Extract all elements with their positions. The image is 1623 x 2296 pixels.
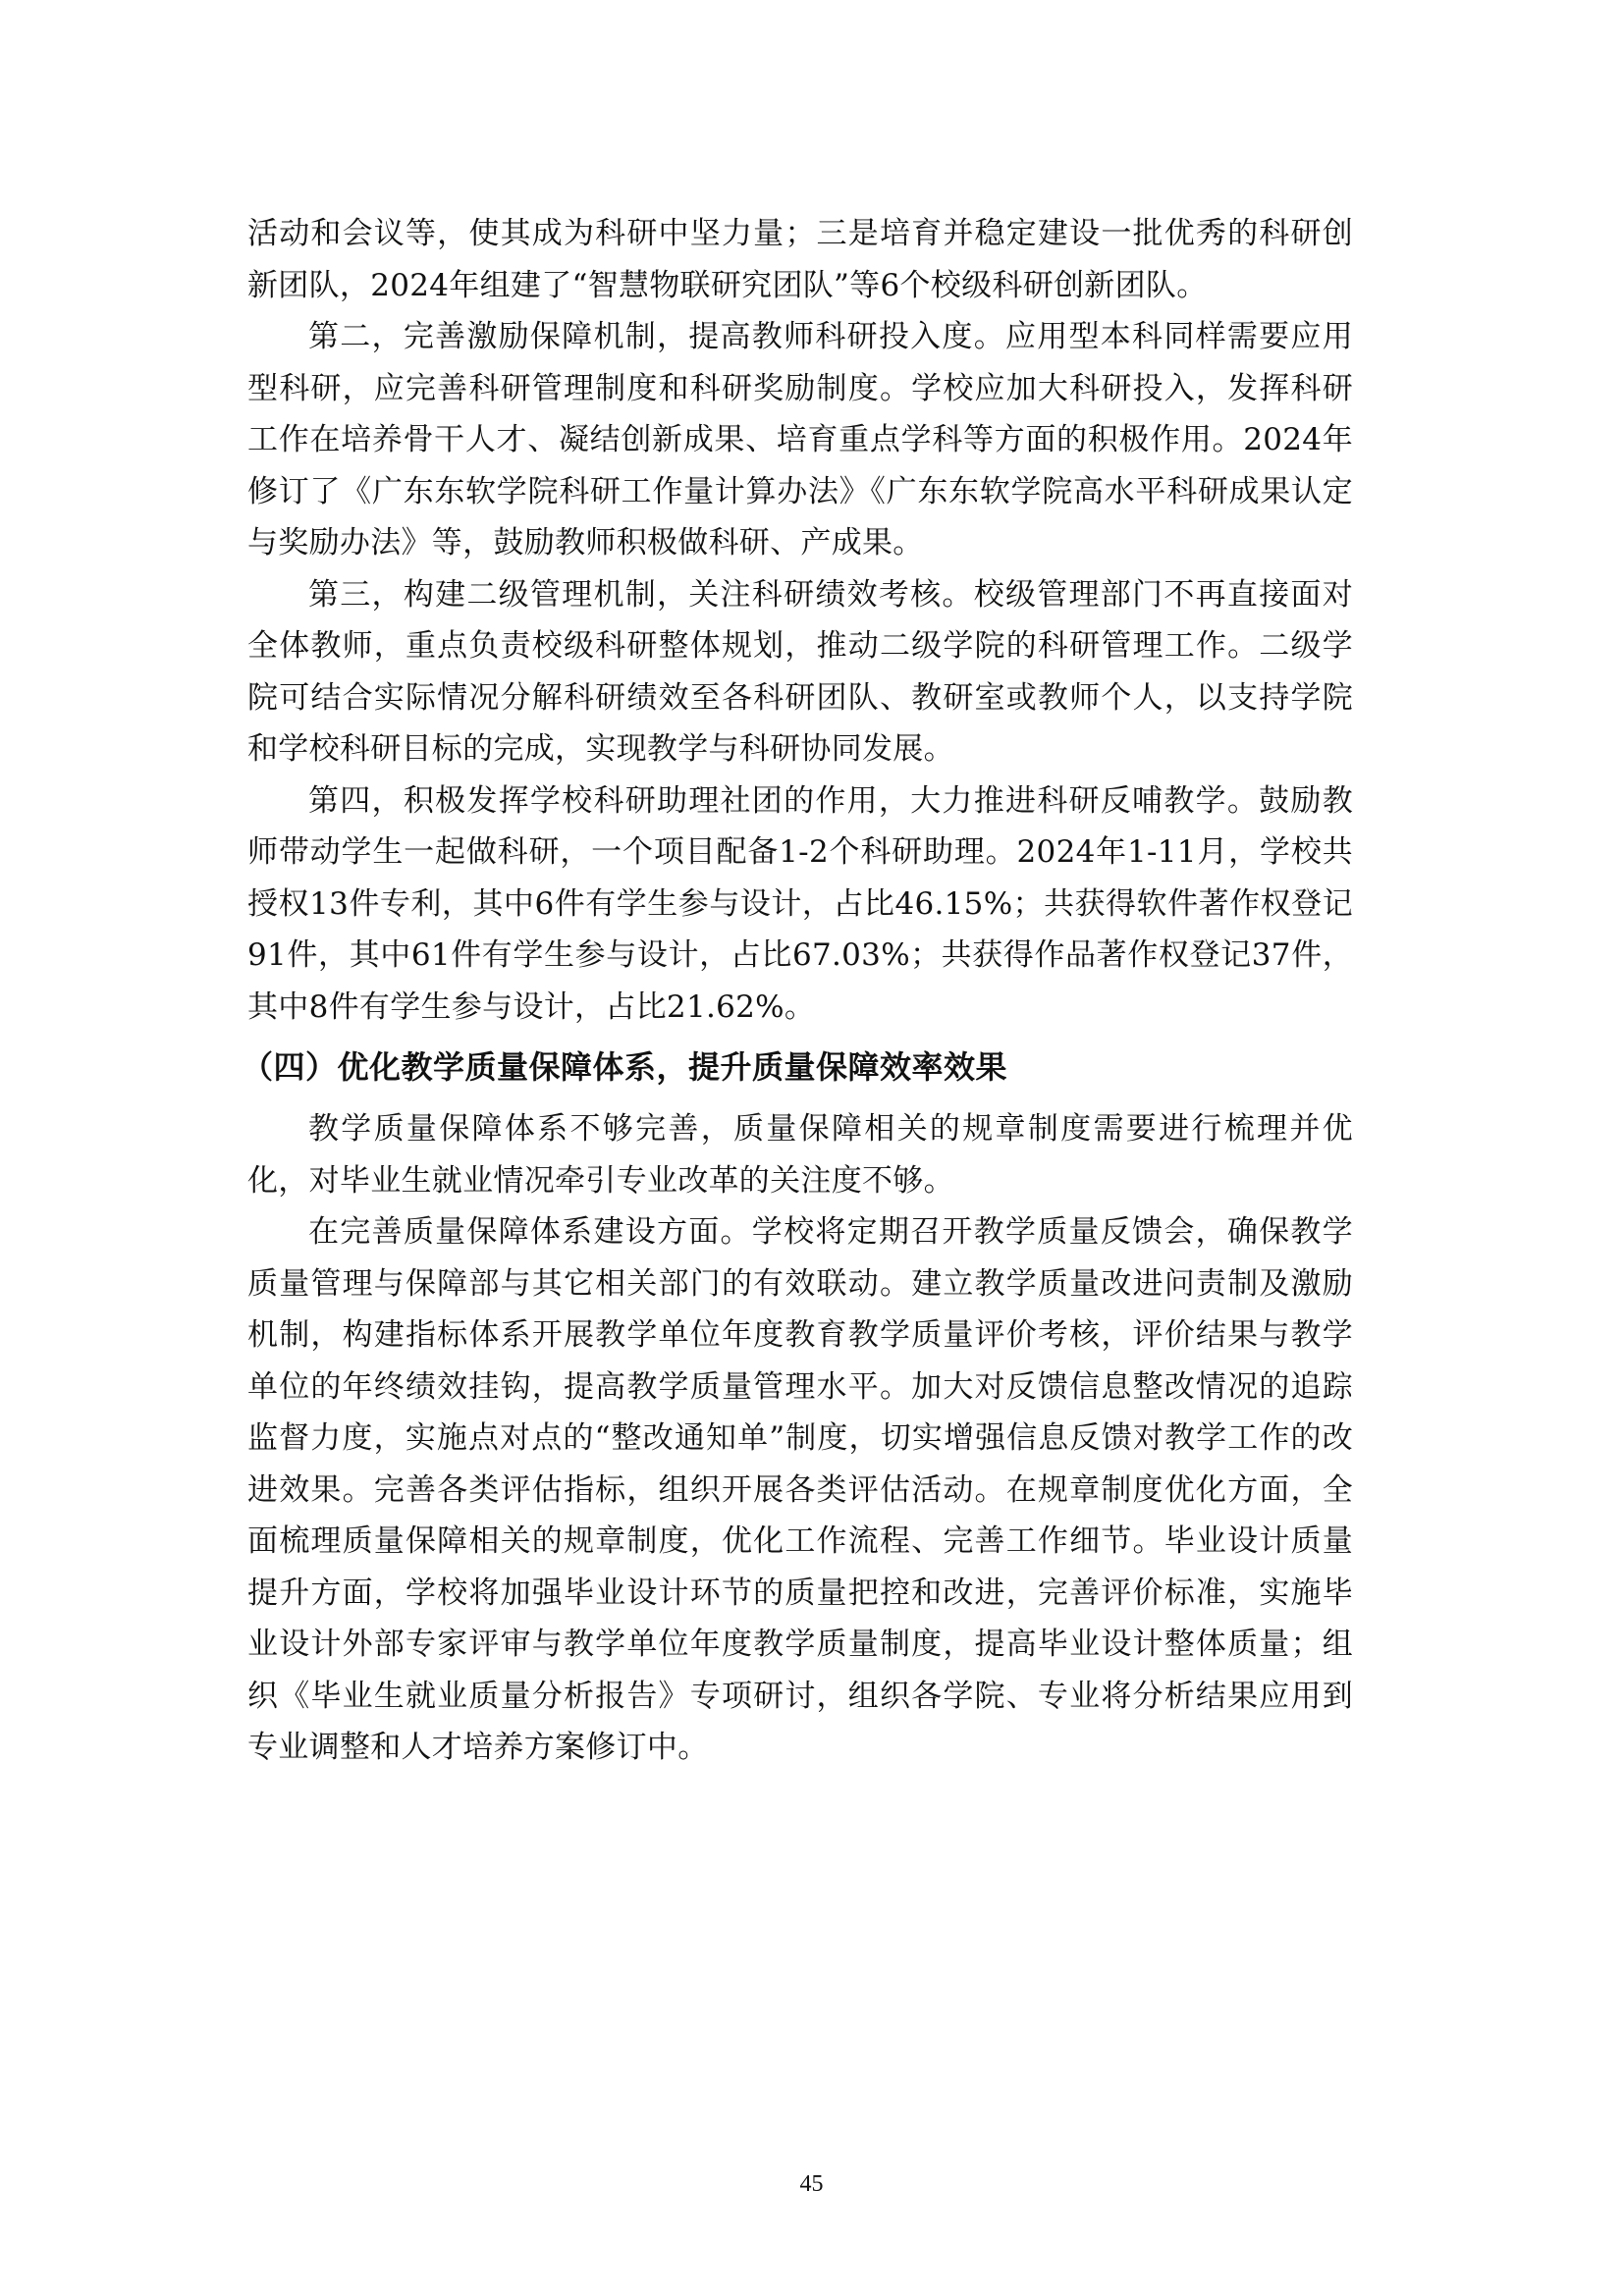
paragraph-secondary-management: 第三，构建二级管理机制，关注科研绩效考核。校级管理部门不再直接面对全体教师，重点…: [247, 569, 1353, 775]
paragraph-incentive-mechanism: 第二，完善激励保障机制，提高教师科研投入度。应用型本科同样需要应用型科研，应完善…: [247, 311, 1353, 569]
paragraph-quality-measures: 在完善质量保障体系建设方面。学校将定期召开教学质量反馈会，确保教学质量管理与保障…: [247, 1206, 1353, 1774]
page-number: 45: [0, 2171, 1623, 2198]
paragraph-research-teams: 活动和会议等，使其成为科研中坚力量；三是培育并稳定建设一批优秀的科研创新团队，2…: [247, 208, 1353, 311]
paragraph-research-assistants: 第四，积极发挥学校科研助理社团的作用，大力推进科研反哺教学。鼓励教师带动学生一起…: [247, 775, 1353, 1034]
section-heading: （四）优化教学质量保障体系，提升质量保障效率效果: [242, 1037, 1353, 1097]
paragraph-quality-problem: 教学质量保障体系不够完善，质量保障相关的规章制度需要进行梳理并优化，对毕业生就业…: [247, 1103, 1353, 1206]
document-page: 活动和会议等，使其成为科研中坚力量；三是培育并稳定建设一批优秀的科研创新团队，2…: [247, 208, 1353, 1774]
